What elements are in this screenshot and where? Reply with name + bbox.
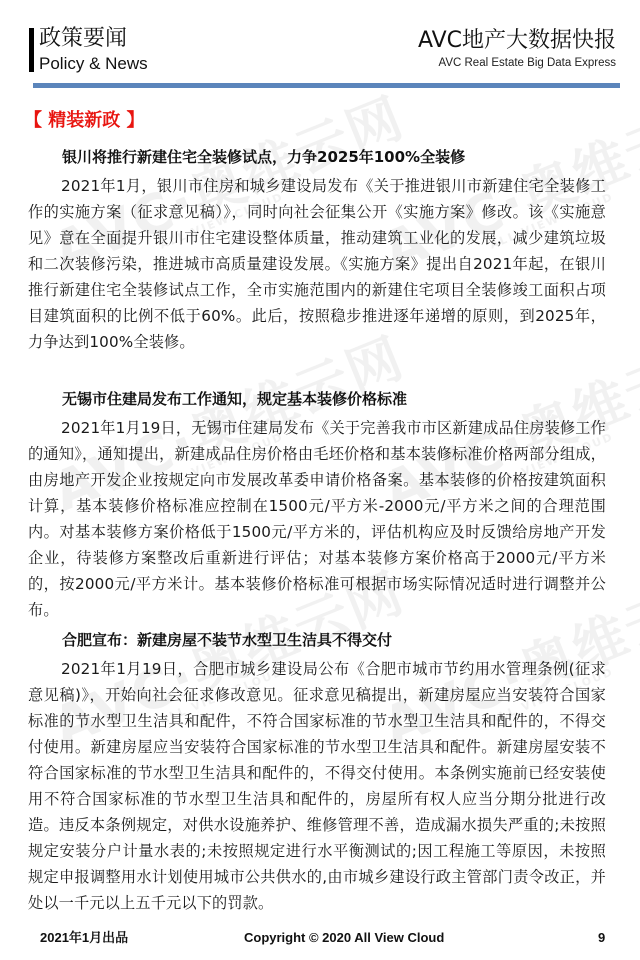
- header-accent-bar: [29, 28, 34, 72]
- article-body: 2021年1月19日，无锡市住建局发布《关于完善我市市区新建成品住房装修工作的通…: [28, 415, 606, 623]
- article-title: 无锡市住建局发布工作通知，规定基本装修价格标准: [62, 389, 606, 409]
- article-body: 2021年1月19日，合肥市城乡建设局公布《合肥市城市节约用水管理条例(征求意见…: [28, 656, 606, 916]
- header-divider: [33, 83, 620, 88]
- article-title: 合肥宣布：新建房屋不装节水型卫生洁具不得交付: [62, 630, 606, 650]
- header-title-cn: 政策要闻: [39, 26, 127, 52]
- footer-issue-date: 2021年1月出品: [40, 929, 128, 947]
- footer-copyright: Copyright © 2020 All View Cloud: [244, 929, 444, 947]
- header-title-en: Policy & News: [39, 54, 148, 74]
- article-title: 银川将推行新建住宅全装修试点，力争2025年100%全装修: [62, 147, 606, 167]
- publication-title-en: AVC Real Estate Big Data Express: [439, 56, 616, 70]
- article: 合肥宣布：新建房屋不装节水型卫生洁具不得交付 2021年1月19日，合肥市城乡建…: [28, 630, 606, 916]
- article: 无锡市住建局发布工作通知，规定基本装修价格标准 2021年1月19日，无锡市住建…: [28, 389, 606, 623]
- publication-title-cn: AVC地产大数据快报: [418, 28, 616, 54]
- section-heading: 【 精装新政 】: [24, 109, 145, 133]
- article-body: 2021年1月，银川市住房和城乡建设局发布《关于推进银川市新建住宅全装修工作的实…: [28, 173, 606, 355]
- article: 银川将推行新建住宅全装修试点，力争2025年100%全装修 2021年1月，银川…: [28, 147, 606, 355]
- page-number: 9: [598, 929, 605, 947]
